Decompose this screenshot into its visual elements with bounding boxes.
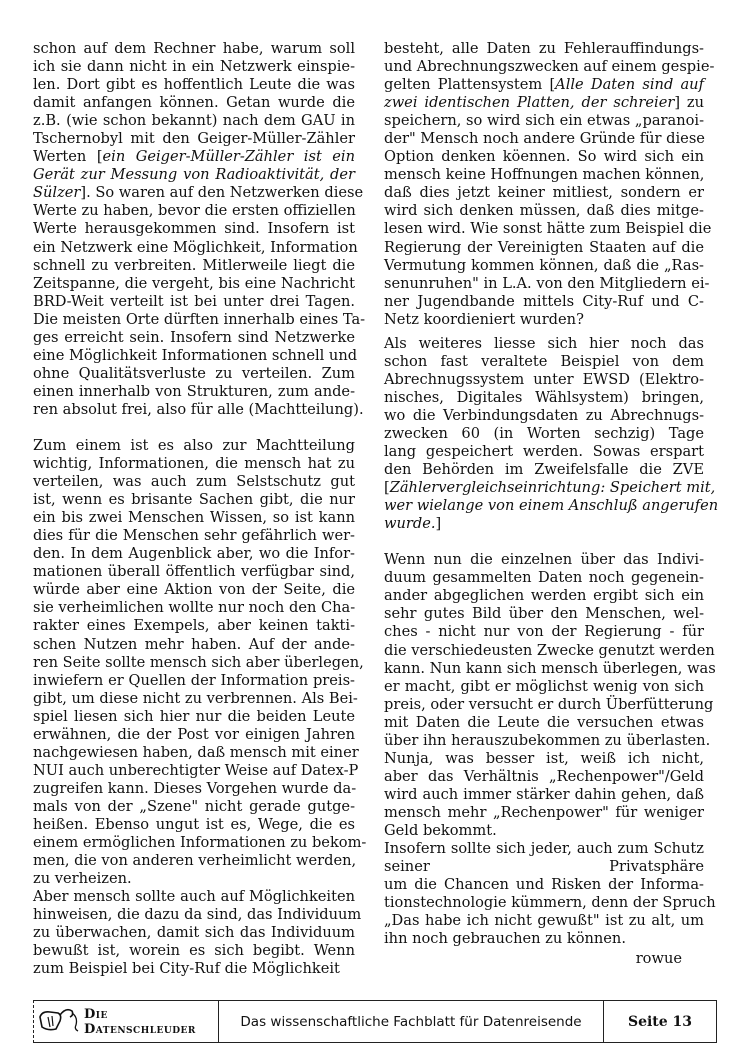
- text-line: ohne Qualitätsverluste zu verteilen. Zum: [33, 365, 355, 383]
- text-line: daß dies jetzt keiner mitliest, sondern …: [384, 184, 704, 202]
- text-line: zwecken 60 (in Worten sechzig) Tage: [384, 425, 704, 443]
- text-line: und Abrechnungszwecken auf einem gespie-: [384, 58, 704, 76]
- text-line: nisches, Digitales Wählsystem) bringen,: [384, 389, 704, 407]
- text-line: um die Chancen und Risken der Informa-: [384, 876, 704, 894]
- text-line: „Das habe ich nicht gewußt" ist zu alt, …: [384, 912, 704, 930]
- text-line: ihn noch gebrauchen zu können.: [384, 930, 704, 948]
- text-line: aber das Verhältnis „Rechenpower"/Geld: [384, 768, 704, 786]
- text-line: mensch keine Hoffnungen machen können,: [384, 166, 704, 184]
- text-line: kann. Nun kann sich mensch überlegen, wa…: [384, 660, 704, 678]
- text-line: tionstechnologie kümmern, denn der Spruc…: [384, 894, 704, 912]
- text-line: lang gespeichert werden. Sowas erspart: [384, 443, 704, 461]
- text-line: ges erreicht sein. Insofern sind Netzwer…: [33, 329, 355, 347]
- text-line: schon auf dem Rechner habe, warum soll: [33, 40, 355, 58]
- text-line: über ihn herauszubekommen zu überlasten.: [384, 732, 704, 750]
- text-line: damit anfangen können. Getan wurde die: [33, 94, 355, 112]
- text-line: bewußt ist, worein es sich begibt. Wenn: [33, 942, 355, 960]
- text-line: Zum einem ist es also zur Machtteilung: [33, 437, 355, 455]
- text-line: ist, wenn es brisante Sachen gibt, die n…: [33, 491, 355, 509]
- text-line: hinweisen, die dazu da sind, das Individ…: [33, 906, 355, 924]
- text-line: ren absolut frei, also für alle (Machtte…: [33, 401, 355, 419]
- text-line: gibt, um diese nicht zu verbrennen. Als …: [33, 690, 355, 708]
- text-line: wird auch immer stärker dahin gehen, daß: [384, 786, 704, 804]
- text-line: zu überwachen, damit sich das Individuum: [33, 924, 355, 942]
- text-line: seiner Privatsphäre: [384, 858, 704, 876]
- text-line: Regierung der Vereinigten Staaten auf di…: [384, 239, 704, 257]
- text-line: len. Dort gibt es hoffentlich Leute die …: [33, 76, 355, 94]
- text-line: wo die Verbindungsdaten zu Abrechnugs-: [384, 407, 704, 425]
- text-line: Als weiteres liesse sich hier noch das: [384, 335, 704, 353]
- text-line: schen Nutzen mehr haben. Auf der ande-: [33, 636, 355, 654]
- text-line: sie verheimlichen wollte nur noch den Ch…: [33, 599, 355, 617]
- hand-pouring-icon: [38, 1007, 82, 1037]
- text-line: Werte herausgekommen sind. Insofern ist: [33, 220, 355, 238]
- paragraph: besteht, alle Daten zu Fehlerauffindungs…: [384, 40, 704, 329]
- text-line: würde aber eine Aktion von der Seite, di…: [33, 581, 355, 599]
- paragraph: Insofern sollte sich jeder, auch zum Sch…: [384, 840, 704, 948]
- paragraph: schon auf dem Rechner habe, warum sollic…: [33, 40, 355, 419]
- text-line: einem ermöglichen Informationen zu bekom…: [33, 834, 355, 852]
- text-line: z.B. (wie schon bekannt) nach dem GAU in: [33, 112, 355, 130]
- text-line: Sülzer]. So waren auf den Netzwerken die…: [33, 184, 355, 202]
- text-line: Die meisten Orte dürften innerhalb eines…: [33, 311, 355, 329]
- text-line: NUI auch unberechtigter Weise auf Datex-…: [33, 762, 355, 780]
- text-line: [Zählervergleichseinrichtung: Speichert …: [384, 479, 704, 497]
- paragraph: Zum einem ist es also zur Machtteilungwi…: [33, 437, 355, 888]
- text-line: Option denken köennen. So wird sich ein: [384, 148, 704, 166]
- paragraph: Aber mensch sollte auch auf Möglichkeite…: [33, 888, 355, 978]
- text-line: der" Mensch noch andere Gründe für diese: [384, 130, 704, 148]
- text-line: schnell zu verbreiten. Mitlerweile liegt…: [33, 257, 355, 275]
- text-line: gelten Plattensystem [Alle Daten sind au…: [384, 76, 704, 94]
- text-line: Nunja, was besser ist, weiß ich nicht,: [384, 750, 704, 768]
- text-line: mationen überall öffentlich verfügbar si…: [33, 563, 355, 581]
- author-signature: rowue: [384, 950, 704, 968]
- text-line: zum Beispiel bei City-Ruf die Möglichkei…: [33, 960, 355, 978]
- text-line: rakter eines Exempels, aber keinen takti…: [33, 617, 355, 635]
- text-line: mals von der „Szene" nicht gerade gutge-: [33, 798, 355, 816]
- text-line: Gerät zur Messung von Radioaktivität, de…: [33, 166, 355, 184]
- text-line: Aber mensch sollte auch auf Möglichkeite…: [33, 888, 355, 906]
- text-line: schon fast veraltete Beispiel von dem: [384, 353, 704, 371]
- footer-tagline: Das wissenschaftliche Fachblatt für Date…: [219, 1001, 604, 1042]
- text-line: nachgewiesen haben, daß mensch mit einer: [33, 744, 355, 762]
- text-line: Netz koordieniert wurden?: [384, 311, 704, 329]
- text-line: Werten [ein Geiger-Müller-Zähler ist ein: [33, 148, 355, 166]
- text-line: preis, oder versucht er durch Überfütter…: [384, 696, 704, 714]
- text-line: duum gesammelten Daten noch gegenein-: [384, 569, 704, 587]
- text-line: mensch mehr „Rechenpower" für weniger: [384, 804, 704, 822]
- page-footer: Die Datenschleuder Das wissenschaftliche…: [33, 1000, 717, 1043]
- text-line: ches - nicht nur von der Regierung - für: [384, 623, 704, 641]
- text-line: zugreifen kann. Dieses Vorgehen wurde da…: [33, 780, 355, 798]
- text-line: ander abgeglichen werden ergibt sich ein: [384, 587, 704, 605]
- text-line: die verschiedeusten Zwecke genutzt werde…: [384, 642, 704, 660]
- paragraph: Als weiteres liesse sich hier noch dassc…: [384, 335, 704, 534]
- text-line: senunruhen" in L.A. von den Mitgliedern …: [384, 275, 704, 293]
- text-line: men, die von anderen verheimlicht werden…: [33, 852, 355, 870]
- text-line: heißen. Ebenso ungut ist es, Wege, die e…: [33, 816, 355, 834]
- text-line: spiel liesen sich hier nur die beiden Le…: [33, 708, 355, 726]
- text-line: zwei identischen Platten, der schreier] …: [384, 94, 704, 112]
- text-line: Zeitspanne, die vergeht, bis eine Nachri…: [33, 275, 355, 293]
- text-line: mit Daten die Leute die versuchen etwas: [384, 714, 704, 732]
- text-line: wurde.]: [384, 515, 704, 533]
- text-line: Tschernobyl mit den Geiger-Müller-Zähler: [33, 130, 355, 148]
- text-line: besteht, alle Daten zu Fehlerauffindungs…: [384, 40, 704, 58]
- text-line: ein bis zwei Menschen Wissen, so ist kan…: [33, 509, 355, 527]
- text-line: speichern, so wird sich ein etwas „paran…: [384, 112, 704, 130]
- magazine-name: Die Datenschleuder: [84, 1007, 218, 1037]
- footer-logo: Die Datenschleuder: [34, 1001, 219, 1042]
- text-line: er macht, gibt er möglichst wenig von si…: [384, 678, 704, 696]
- text-line: ren Seite sollte mensch sich aber überle…: [33, 654, 355, 672]
- text-line: Wenn nun die einzelnen über das Indivi-: [384, 551, 704, 569]
- page-number: Seite 13: [604, 1001, 716, 1042]
- text-line: wer wielange von einem Anschluß angerufe…: [384, 497, 704, 515]
- text-line: eine Möglichkeit Informationen schnell u…: [33, 347, 355, 365]
- text-line: wichtig, Informationen, die mensch hat z…: [33, 455, 355, 473]
- text-line: lesen wird. Wie sonst hätte zum Beispiel…: [384, 220, 704, 238]
- text-line: verteilen, was auch zum Selstschutz gut: [33, 473, 355, 491]
- text-line: Vermutung kommen können, daß die „Ras-: [384, 257, 704, 275]
- text-line: den. In dem Augenblick aber, wo die Info…: [33, 545, 355, 563]
- text-line: ich sie dann nicht in ein Netzwerk einsp…: [33, 58, 355, 76]
- text-line: ein Netzwerk eine Möglichkeit, Informati…: [33, 239, 355, 257]
- text-line: Werte zu haben, bevor die ersten offizie…: [33, 202, 355, 220]
- text-line: Insofern sollte sich jeder, auch zum Sch…: [384, 840, 704, 858]
- text-line: Abrechnugssystem unter EWSD (Elektro-: [384, 371, 704, 389]
- text-line: ner Jugendbande mittels City-Ruf und C-: [384, 293, 704, 311]
- text-line: inwiefern er Quellen der Information pre…: [33, 672, 355, 690]
- text-line: sehr gutes Bild über den Menschen, wel-: [384, 605, 704, 623]
- text-line: wird sich denken müssen, daß dies mitge-: [384, 202, 704, 220]
- text-line: den Behörden im Zweifelsfalle die ZVE: [384, 461, 704, 479]
- text-line: zu verheizen.: [33, 870, 355, 888]
- text-line: Geld bekommt.: [384, 822, 704, 840]
- text-line: dies für die Menschen sehr gefährlich we…: [33, 527, 355, 545]
- text-line: einen innerhalb von Strukturen, zum ande…: [33, 383, 355, 401]
- text-line: erwähnen, die der Post vor einigen Jahre…: [33, 726, 355, 744]
- right-column: besteht, alle Daten zu Fehlerauffindungs…: [384, 40, 704, 968]
- left-column: schon auf dem Rechner habe, warum sollic…: [33, 40, 355, 978]
- text-line: BRD-Weit verteilt ist bei unter drei Tag…: [33, 293, 355, 311]
- paragraph: Wenn nun die einzelnen über das Indivi-d…: [384, 551, 704, 840]
